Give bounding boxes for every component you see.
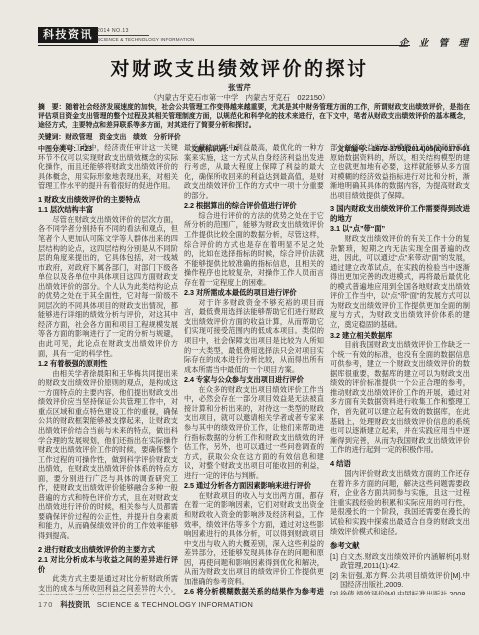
journal-logo: 科技资讯 bbox=[38, 27, 98, 43]
abstract-label: 摘 要： bbox=[38, 104, 65, 111]
abstract-text: 随着社会经济发展速度的加快，社会公共管理工作变得越来越重要，尤其是其中财务管理方… bbox=[38, 104, 470, 129]
section-heading: 3 国内财政支出绩效评价工作需要得到改进的地方 bbox=[330, 204, 470, 223]
paragraph: 综合进行评价的方法的优势之处在于它所分析的范围广，能够为财政支出绩效评价工作提供… bbox=[184, 211, 324, 287]
section-heading: 2 进行财政支出绩效评价的主要方式 bbox=[38, 545, 178, 555]
column-1: 在审计工作中，经济责任审计这一关键环节不仅可以实现财政支出绩效概念的实际化操作，… bbox=[38, 143, 178, 595]
sub-heading: 2.3 对所需成本最低的项目进行评价 bbox=[184, 288, 324, 298]
article-body: 在审计工作中，经济责任审计这一关键环节不仅可以实现财政支出绩效概念的实际化操作，… bbox=[38, 143, 470, 595]
sub-heading: 2.5 通过分析各方面因素影响来进行评价 bbox=[184, 481, 324, 491]
paragraph: 财政支出绩效评价的有关工作十分的复杂繁琐，短期之内无法实现全面普遍的改进，因此，… bbox=[330, 234, 470, 329]
section-heading: 4 结语 bbox=[330, 459, 470, 469]
paragraph: 在审计工作中，经济责任审计这一关键环节不仅可以实现财政支出绩效概念的实际化操作，… bbox=[38, 143, 178, 191]
paragraph: 在财政项目的收入与支出两方面，都存在着一定的影响因素，它们对财政支出资金和财政收… bbox=[184, 491, 324, 586]
article-title: 对财政支出绩效评价的探讨 bbox=[0, 54, 479, 81]
journal-page: 科技资讯 2014 NO.13 SCIENCE & TECHNOLOGY INF… bbox=[0, 0, 479, 635]
paragraph: 目前我国财政支出绩效评价工作缺乏一个统一有效的标准，也没有全面的数据信息可供参考… bbox=[330, 340, 470, 455]
paragraph: 对于许多财政资金不够充裕的项目而言，最低费用选择法能够帮助它们进行财政支出绩效评… bbox=[184, 298, 324, 374]
paragraph-continuation: 部分经济效益指标是模糊且无法被利用来作原始数据资料的，所以，相关结构模型的建立也… bbox=[330, 143, 470, 200]
keywords: 关键词：财政管理 资金支出 绩效 分析评价 bbox=[38, 131, 470, 141]
keywords-text: 财政管理 资金支出 绩效 分析评价 bbox=[65, 134, 181, 141]
column-3: 部分经济效益指标是模糊且无法被利用来作原始数据资料的，所以，相关结构模型的建立也… bbox=[330, 143, 470, 595]
paragraph: 尽管在财政支出绩效评价的层次方面，各不同学者分别持有不同的看法和观点，但笔者个人… bbox=[38, 215, 178, 358]
sub-heading: 2.6 将分析模糊数据关系的结果作为参考进行评价 bbox=[184, 587, 324, 595]
footer-journal-en: SCIENCE & TECHNOLOGY INFORMATION bbox=[97, 600, 253, 609]
references-heading: 参考文献 bbox=[330, 541, 470, 551]
reference-item: [3] 徐倩.绩效评价[M].中国标准出版社,2008. bbox=[330, 590, 470, 595]
paragraph-continuation: 最后筛选出其中利益最高，最优化的一种方案来实施，这一方式从自身经济利益出发进行考… bbox=[184, 143, 324, 200]
journal-issue-block: 2014 NO.13 SCIENCE & TECHNOLOGY INFORMAT… bbox=[97, 28, 195, 42]
paragraph: 在众多的财政支出项目绩效评价工作当中，必然会存在一部分项目效益是无法被直接计算和… bbox=[184, 385, 324, 480]
sub-heading: 3.1 以“点”带“面” bbox=[330, 224, 470, 234]
keywords-label: 关键词： bbox=[38, 134, 65, 141]
sub-heading: 3.2 建立相关数据库 bbox=[330, 331, 470, 341]
issue-number: 2014 NO.13 bbox=[97, 28, 149, 36]
page-footer: 170 科技资讯 SCIENCE & TECHNOLOGY INFORMATIO… bbox=[38, 599, 253, 610]
sub-heading: 1.2 有着极强的原则性 bbox=[38, 359, 178, 369]
author-affiliation: （内蒙古牙克石市第一中学 内蒙古牙克石 022150） bbox=[0, 92, 479, 103]
sub-heading: 1.1 层次结构丰富 bbox=[38, 205, 178, 215]
sub-heading: 2.1 对比分析成本与收益之间的差异进行评价 bbox=[38, 555, 178, 574]
sub-heading: 2.4 专家与公众参与支出项目进行评价 bbox=[184, 375, 324, 385]
paragraph: 此类方式主要是通过对比分析财政所需支出的成本与所收回利益之间差异的大小，来对不同… bbox=[38, 574, 178, 595]
header-rule bbox=[38, 45, 410, 46]
page-number: 170 bbox=[38, 600, 53, 609]
abstract: 摘 要：随着社会经济发展速度的加快，社会公共管理工作变得越来越重要，尤其是其中财… bbox=[38, 104, 470, 130]
footer-journal-cn: 科技资讯 bbox=[60, 599, 90, 610]
reference-item: [2] 朱衍强,郑方辉.公共项目绩效评价[M].中国经济出版社,2009. bbox=[330, 571, 470, 590]
sub-heading: 2.2 根据算出的综合评价值进行评价 bbox=[184, 201, 324, 211]
column-category: 企 业 管 理 bbox=[399, 35, 472, 49]
journal-name-en: SCIENCE & TECHNOLOGY INFORMATION bbox=[97, 37, 195, 42]
paragraph: 由相关学者徐晨阳和王华梅共同提出来的财政支出绩效评价原则的观点，是构成这一方面特… bbox=[38, 369, 178, 541]
paragraph: 国内评价财政支出绩效方面的工作还存在着许多方面的问题，解决这些问题需要政府，企业… bbox=[330, 469, 470, 536]
reference-item: [1] 白文杰.财政支出绩效评价内涵解析[J].财政管理,2011(1):42. bbox=[330, 552, 470, 571]
column-2: 最后筛选出其中利益最高，最优化的一种方案来实施，这一方式从自身经济利益出发进行考… bbox=[184, 143, 324, 595]
section-heading: 1 财政支出绩效评价的主要特点 bbox=[38, 195, 178, 205]
